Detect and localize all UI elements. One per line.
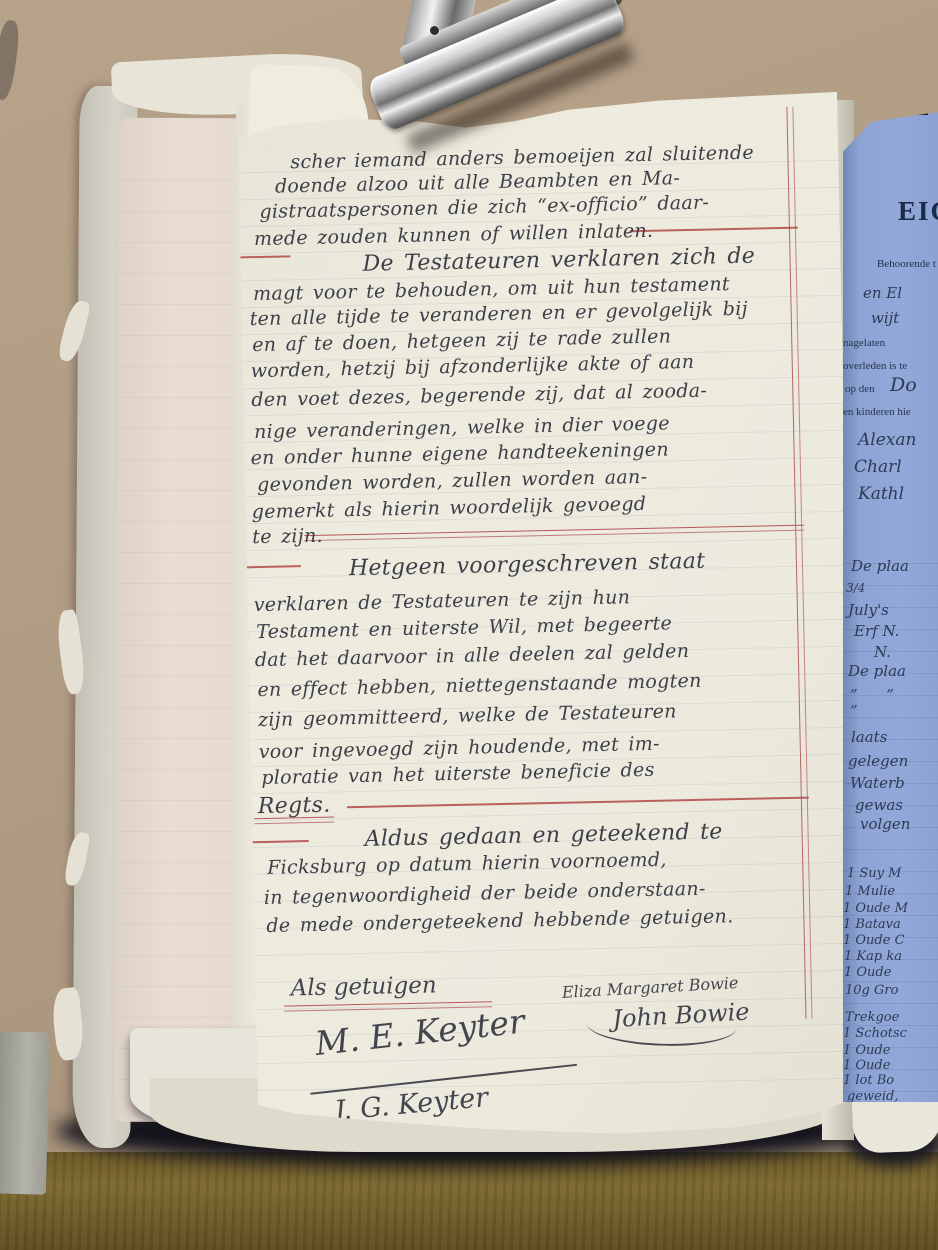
blue-page-handwriting: N. [874, 643, 891, 661]
blue-page-handwriting: 1 Schotsc [843, 1026, 907, 1041]
blue-page-handwriting: 1 Suy M [847, 866, 901, 881]
blue-page-printed-text: overleden is te [843, 360, 907, 372]
blue-page-handwriting: Charl [854, 457, 902, 477]
blue-page-handwriting: 1 lot Bo [843, 1073, 894, 1088]
blue-page-handwriting: 1 Oude [843, 1058, 890, 1073]
inventory-page: EIG Behoorende t en El wijt nagelaten ov… [843, 112, 938, 1102]
blue-page-handwriting: Waterb [850, 774, 905, 792]
blue-page-handwriting: gelegen [848, 752, 908, 770]
blue-page-handwriting: Alexan [858, 430, 916, 450]
blue-page-handwriting: 1 Oude [844, 965, 891, 980]
blue-page-handwriting: Trekgoe [845, 1010, 899, 1025]
blue-page-handwriting: Kathl [858, 484, 904, 504]
blue-page-handwriting: De plaa [851, 557, 909, 575]
blue-page-handwriting: 3/4 [846, 581, 865, 595]
witness-heading: Als getuigen [290, 972, 436, 1001]
pink-page-ruling [120, 150, 246, 1090]
blue-page-handwriting: geweid, [847, 1089, 898, 1102]
blue-page-handwriting: 1 Oude M [843, 901, 908, 916]
photo-scene: scher iemand anders bemoeijen zal sluite… [0, 0, 938, 1250]
blue-page-handwriting: gewas [855, 796, 903, 814]
blue-page-handwriting: 1 Oude C [843, 933, 905, 948]
blue-page-handwriting: volgen [860, 815, 910, 833]
blue-page-handwriting: De plaa [848, 662, 906, 680]
blue-page-handwriting: 1 Mulie [845, 884, 895, 899]
blue-page-handwriting: ” [850, 702, 858, 720]
blue-page-handwriting: 10g Gro [845, 983, 898, 998]
testament-page: scher iemand anders bemoeijen zal sluite… [237, 92, 859, 1141]
table-mark [0, 19, 21, 101]
blue-page-handwriting: 1 Batava [843, 917, 901, 932]
blue-page-printed-text: op den [845, 383, 875, 395]
blue-page-handwriting: wijt [871, 309, 899, 327]
blue-page-handwriting: Erf N. [854, 622, 899, 640]
blue-page-rule [843, 112, 928, 115]
clip-screw [430, 26, 439, 35]
gray-object [0, 1031, 50, 1194]
blue-page-handwriting: en El [863, 284, 902, 302]
blue-page-handwriting: 1 Kap ka [844, 949, 902, 964]
handwriting-line: te zijn. [252, 527, 323, 547]
blue-page-printed-text: en kinderen hie [843, 406, 911, 418]
blue-page-handwriting: 1 Oude [843, 1043, 890, 1058]
blue-page-printed-text: nagelaten [843, 337, 885, 349]
handwriting-line: Regts. [258, 795, 331, 819]
wood-grain-texture [0, 1152, 938, 1250]
blue-page-handwriting: July's [848, 601, 889, 619]
blue-page-handwriting: laats [851, 728, 887, 746]
blue-page-printed-text: Behoorende t [877, 258, 936, 270]
blue-page-handwriting: Do [890, 374, 917, 396]
blue-page-heading: EIG [898, 196, 938, 227]
